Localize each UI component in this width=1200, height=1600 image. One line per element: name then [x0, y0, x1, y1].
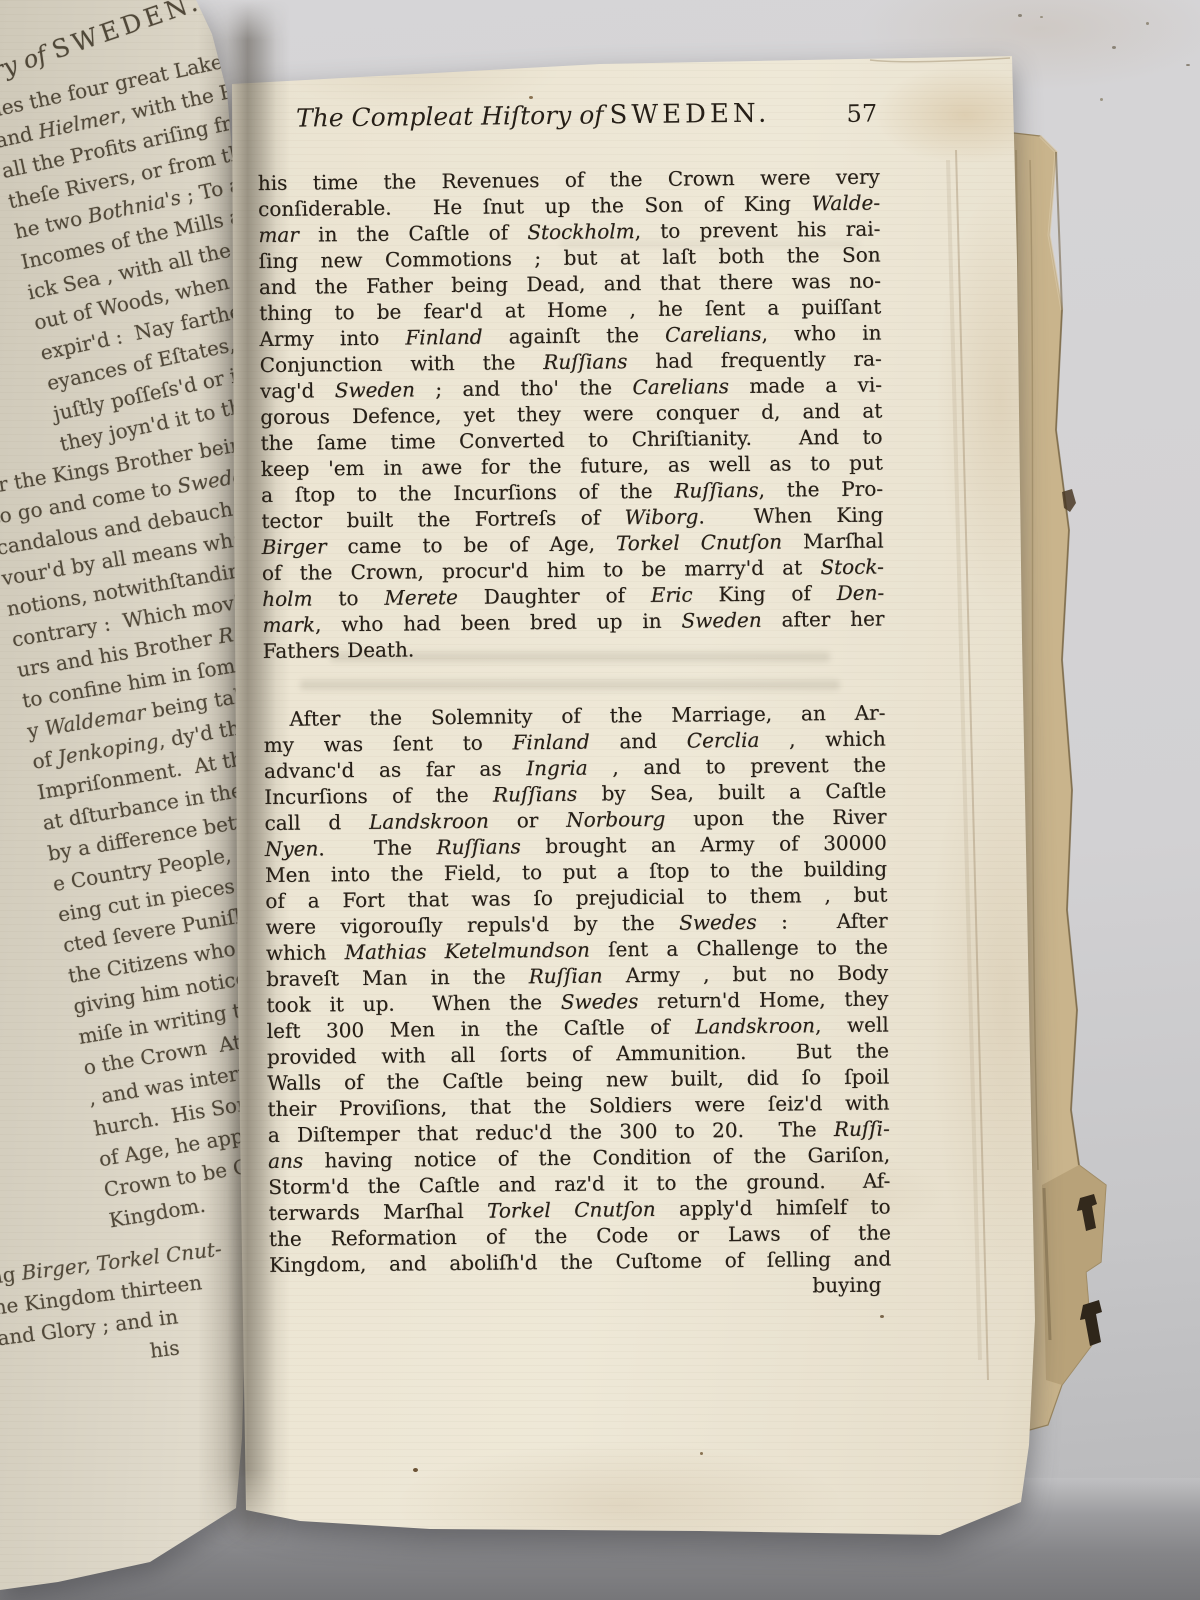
- paragraph: his time the Revenues of the Crown were …: [258, 163, 885, 663]
- page-title: The Compleat Hiſtory ofSWEDEN.: [257, 98, 809, 134]
- foxing-speck: [413, 1468, 418, 1472]
- body-text: his time the Revenues of the Crown were …: [258, 163, 892, 1277]
- text-line: Fathers Death.: [263, 631, 885, 664]
- main-page-paper: The Compleat Hiſtory ofSWEDEN. 57 his ti…: [0, 0, 1200, 1600]
- title-caps: SWEDEN.: [609, 99, 770, 131]
- foxing-speck: [880, 1315, 884, 1318]
- title-italic: The Compleat Hiſtory of: [296, 100, 604, 132]
- page-text-block: The Compleat Hiſtory ofSWEDEN. 57 his ti…: [257, 97, 892, 1303]
- foxing-speck: [700, 1452, 703, 1455]
- paragraph: After the Solemnity of the Marriage, an …: [263, 699, 891, 1277]
- book-photo: ry of SWEDEN. des the four great Lakesan…: [0, 0, 1200, 1600]
- running-header: The Compleat Hiſtory ofSWEDEN. 57: [257, 97, 879, 154]
- foxing-speck: [529, 96, 533, 99]
- main-page: The Compleat Hiſtory ofSWEDEN. 57 his ti…: [0, 0, 1200, 1600]
- page-number: 57: [846, 100, 877, 128]
